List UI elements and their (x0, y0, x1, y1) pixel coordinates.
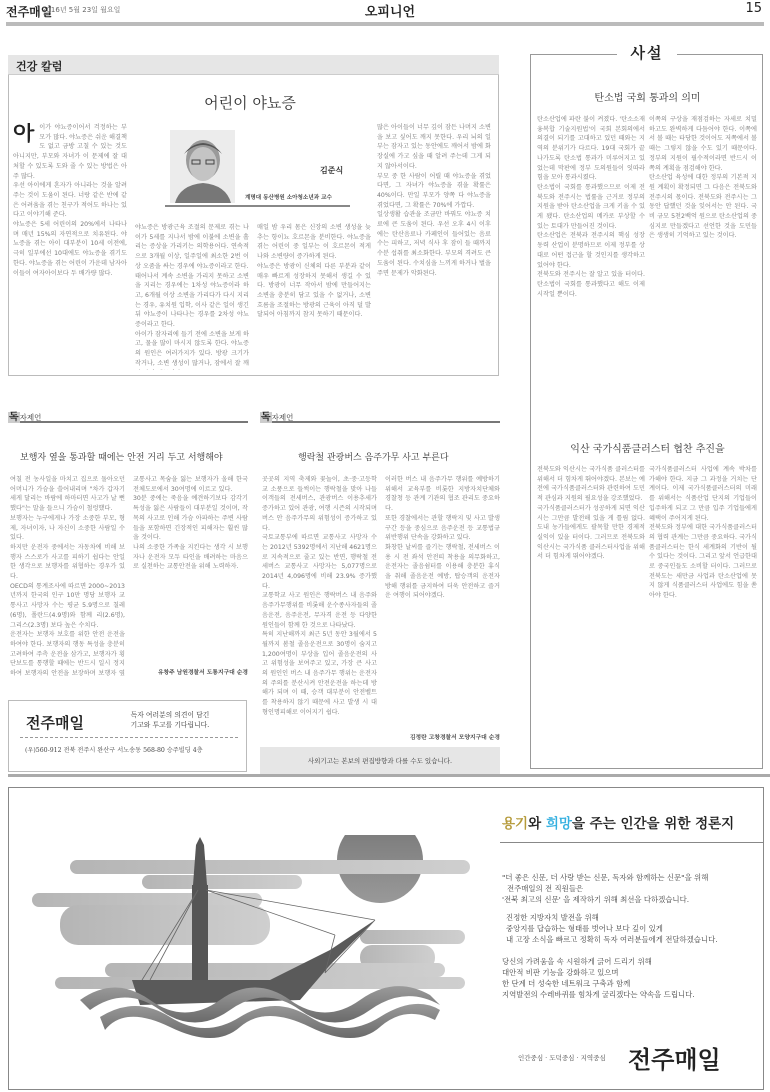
dropcap: 아 (13, 123, 34, 145)
health-column-col2: 야뇨증은 방광근육 조절의 문제로 겪는 나이가 5세를 지나서 밤에 이불에 … (135, 223, 249, 370)
reader-opinion-1-title: 보행자 옆을 통과할 때에는 안전 거리 두고 서행해야 (20, 450, 223, 463)
editorial-article2-col2: 국가식품클러스터 사업에 계속 박차를 가해야 한다. 지금 그 과정을 거치는… (649, 465, 757, 765)
reader-opinion-2-header: 독자제언 (260, 403, 500, 423)
promo-message: 독자 여러분의 의견이 담긴 기고와 투고를 기다립니다. (120, 710, 220, 730)
masthead-section-title: 오피니언 (360, 1, 420, 20)
page-number: 15 (745, 1, 762, 16)
reader-opinion-2-col1: 곳곳의 지역 축제와 꽃놀이, 초·중·고등학교 소풍으로 들썩이는 행락철을 … (262, 475, 377, 742)
editorial-article1-title: 탄소법 국회 통과의 의미 (540, 89, 755, 104)
author-photo (170, 130, 235, 203)
ad-paragraph-2: 진정한 지방자치 발전을 위해 중앙지를 답습하는 형태를 벗어나 보다 깊이 … (502, 912, 718, 945)
reader-opinion-2-title: 행락철 관광버스 음주가무 사고 부른다 (298, 450, 449, 463)
reader-opinion-1-col2: 교통사고 목숨을 잃는 보행자가 올해 한국 전체도로에서 30여명에 이르고 … (133, 475, 248, 665)
health-column-col1: 아 이가 야뇨증이어서 걱정하는 부모가 많다. 야뇨증은 쉬운 해결책도 없고… (13, 123, 127, 370)
ad-paragraph-1: "더 좋은 신문, 더 사랑 받는 신문, 독자와 함께하는 신문"을 위해 전… (502, 872, 708, 905)
reader-opinion-1-col1: 여칠 전 농사일을 마치고 집으로 돌아오던 어머니가 가슴을 쓸어내리며 "차… (10, 475, 125, 677)
ship-illustration (30, 835, 470, 1050)
promo-divider (20, 737, 238, 738)
health-column-header: 건강 칼럼 (8, 55, 499, 75)
ad-tagline: 인간중심 · 도덕중심 · 지역중심 (518, 1053, 606, 1062)
author-name: 김준식 (320, 165, 343, 176)
photo-rule (165, 205, 350, 207)
author-affiliation: 계명대 동산병원 소아청소년과 교수 (245, 193, 332, 201)
ad-slogan-rule (500, 842, 764, 843)
health-column-col4: 많은 아이들이 너무 깊이 잠든 나머지 소변을 보고 싶어도 깨지 못한다. … (377, 123, 491, 370)
reader-opinion-2-col2: 이러한 버스 내 음주가무 행위를 예방하기 위해서 교육부를 비롯한 지방자치… (385, 475, 500, 730)
ad-slogan: 용기와 희망을 주는 인간을 위한 정론지 (502, 812, 734, 832)
editorial-article2-col1: 전북도와 익산시는 국가식품 클러스터를 위해서 더 힘차게 뛰어야겠다. 본보… (537, 465, 645, 765)
promo-logo: 전주매일 (26, 712, 84, 733)
reader-header-accent: 독 (8, 412, 20, 423)
ad-logo: 전주매일 (628, 1040, 721, 1075)
promo-address: (우)560-912 전북 전주시 완산구 서노송동 568-80 승주빌딩 4… (25, 745, 203, 754)
reader-opinion-1-header: 독자제언 (8, 403, 248, 423)
health-column-col3: 매일 밤 우리 몸은 신장의 소변 생성을 늦추는 항이뇨 호르몬을 분비한다.… (257, 223, 371, 370)
reader-header-accent: 독 (260, 412, 272, 423)
reader-opinion-2-byline: 김정란 고창경찰서 모양지구대 순경 (385, 732, 500, 741)
reader-opinion-1-byline: 유창주 남원경찰서 도통지구대 순경 (133, 667, 248, 676)
editorial-article1-col2: 이쪽의 구상을 재점검하는 자세로 치밀하고도 완벽하게 다듬어야 한다. 이쪽… (649, 115, 757, 415)
health-column-title: 어린이 야뇨증 (150, 92, 350, 113)
masthead-rule (6, 22, 764, 26)
editorial-article2-title: 익산 국가식품클러스터 협찬 추진을 (540, 440, 755, 455)
ad-paragraph-3: 당신의 가려움을 속 시원하게 긁어 드리기 위해 대안적 비판 기능을 강화하… (502, 956, 695, 1000)
editorial-disclaimer: 사외기고는 본보의 편집방향과 다를 수도 있습니다. (260, 747, 500, 774)
section-divider (8, 774, 770, 777)
masthead-date: 2016년 5월 23일 월요일 (42, 5, 120, 15)
editorial-article1-col1: 탄소산업에 파란 불이 켜졌다. '탄소소재 융복합 기술지원법'이 국회 본회… (537, 115, 645, 415)
editorial-header: 사설 (617, 42, 677, 63)
